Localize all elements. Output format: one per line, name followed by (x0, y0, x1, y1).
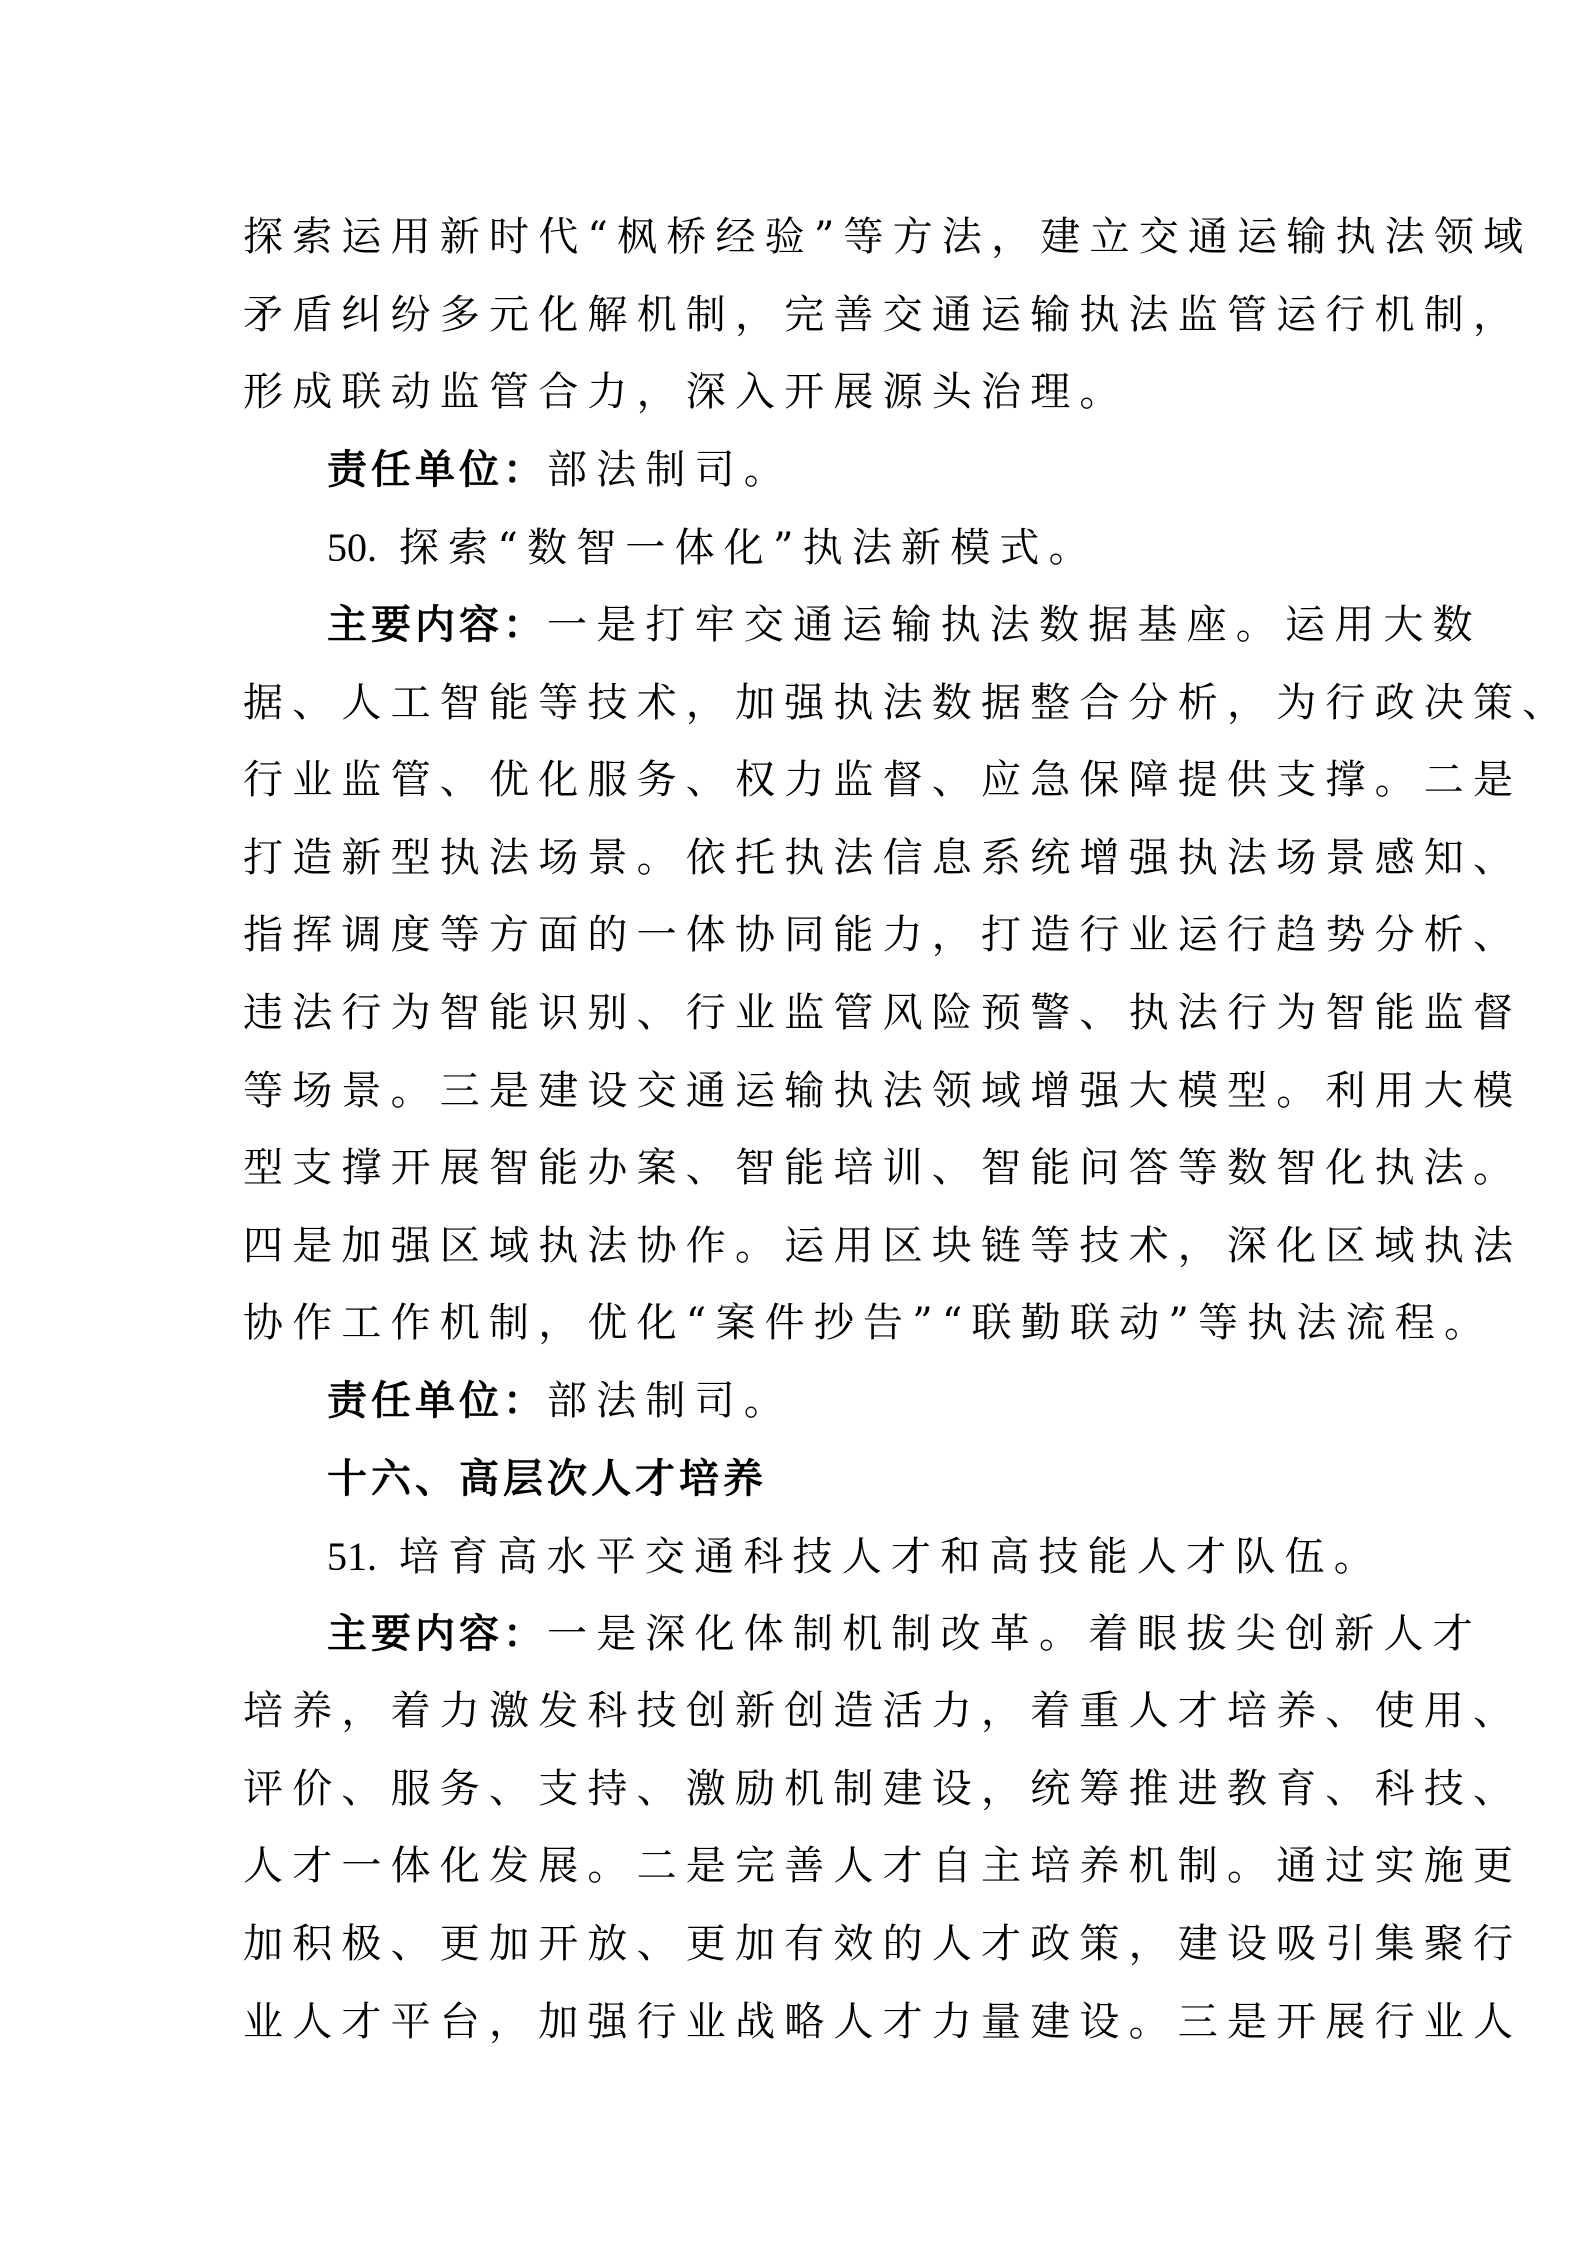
paragraph-line: 培养，着力激发科技创新创造活力，着重人才培养、使用、 (243, 1673, 1347, 1751)
item-title-text: 培育高水平交通科技人才和高技能人才队伍。 (399, 1534, 1383, 1580)
paragraph-line: 业人才平台，加强行业战略人才力量建设。三是开展行业人 (243, 1984, 1347, 2062)
paragraph-line: 人才一体化发展。二是完善人才自主培养机制。通过实施更 (243, 1828, 1347, 1906)
item-title-text: 探索“数智一体化”执法新模式。 (399, 525, 1098, 571)
paragraph-line: 四是加强区域执法协作。运用区块链等技术，深化区域执法 (243, 1208, 1347, 1286)
paragraph-line: 等场景。三是建设交通运输执法领域增强大模型。利用大模 (243, 1053, 1347, 1131)
paragraph-line: 违法行为智能识别、行业监管风险预警、执法行为智能监督 (243, 975, 1347, 1053)
paragraph-line: 矛盾纠纷多元化解机制，完善交通运输执法监管运行机制， (243, 277, 1347, 355)
document-page: 探索运用新时代“枫桥经验”等方法，建立交通运输执法领域 矛盾纠纷多元化解机制，完… (243, 199, 1347, 2061)
main-content-label: 主要内容： (327, 602, 547, 648)
main-content-label: 主要内容： (327, 1611, 547, 1657)
responsible-unit-label: 责任单位： (327, 447, 547, 493)
responsible-unit-line: 责任单位：部法制司。 (243, 432, 1347, 510)
main-content-line: 主要内容：一是深化体制机制改革。着眼拔尖创新人才 (243, 1596, 1347, 1674)
paragraph-line: 评价、服务、支持、激励机制建设，统筹推进教育、科技、 (243, 1751, 1347, 1829)
responsible-unit-value: 部法制司。 (547, 1378, 793, 1424)
paragraph-line: 据、人工智能等技术，加强执法数据整合分析，为行政决策、 (243, 665, 1347, 743)
paragraph-line: 加积极、更加开放、更加有效的人才政策，建设吸引集聚行 (243, 1906, 1347, 1984)
section-heading: 十六、高层次人才培养 (243, 1441, 1347, 1519)
item-title: 50. 探索“数智一体化”执法新模式。 (243, 509, 1347, 587)
paragraph-line: 协作工作机制，优化“案件抄告”“联勤联动”等执法流程。 (243, 1285, 1347, 1363)
item-title: 51. 培育高水平交通科技人才和高技能人才队伍。 (243, 1518, 1347, 1596)
responsible-unit-label: 责任单位： (327, 1378, 547, 1424)
responsible-unit-value: 部法制司。 (547, 447, 793, 493)
paragraph-line: 形成联动监管合力，深入开展源头治理。 (243, 354, 1347, 432)
item-number: 51. (327, 1534, 377, 1579)
paragraph-line: 行业监管、优化服务、权力监督、应急保障提供支撑。二是 (243, 742, 1347, 820)
item-number: 50. (327, 525, 377, 570)
paragraph-line: 探索运用新时代“枫桥经验”等方法，建立交通运输执法领域 (243, 199, 1347, 277)
paragraph-line: 型支撑开展智能办案、智能培训、智能问答等数智化执法。 (243, 1130, 1347, 1208)
responsible-unit-line: 责任单位：部法制司。 (243, 1363, 1347, 1441)
paragraph-line: 打造新型执法场景。依托执法信息系统增强执法场景感知、 (243, 820, 1347, 898)
main-content-line: 主要内容：一是打牢交通运输执法数据基座。运用大数 (243, 587, 1347, 665)
main-content-text: 一是深化体制机制改革。着眼拔尖创新人才 (547, 1611, 1482, 1657)
paragraph-line: 指挥调度等方面的一体协同能力，打造行业运行趋势分析、 (243, 897, 1347, 975)
main-content-text: 一是打牢交通运输执法数据基座。运用大数 (547, 602, 1482, 648)
